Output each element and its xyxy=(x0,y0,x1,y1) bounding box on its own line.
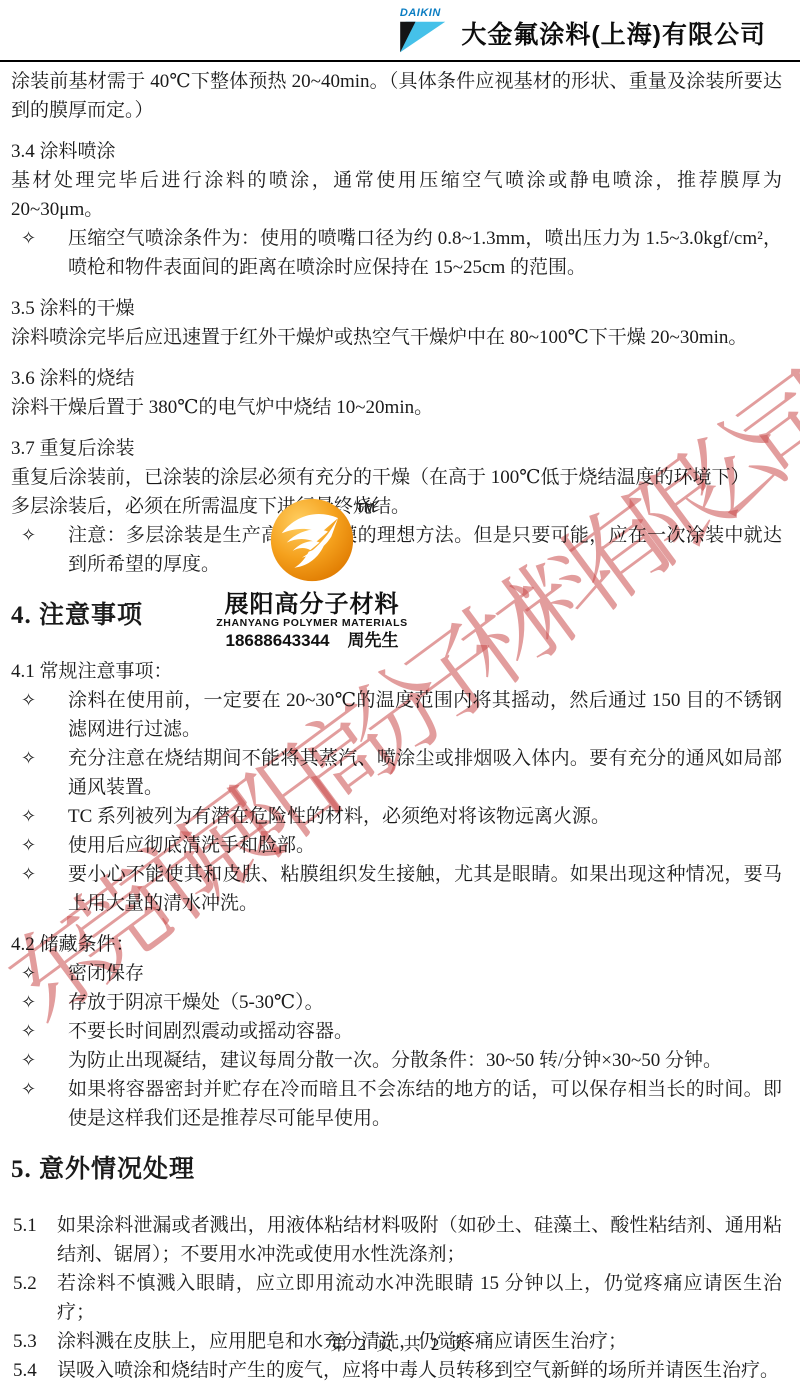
diamond-bullet-icon: ✧ xyxy=(11,860,68,918)
zhanyang-z-logo-icon xyxy=(270,498,354,582)
diamond-bullet-icon: ✧ xyxy=(11,988,68,1017)
diamond-bullet-icon: ✧ xyxy=(11,521,68,579)
numbered-item: 5.4误吸入喷涂和烧结时产生的废气，应将中毒人员转移到空气新鲜的场所并请医生治疗… xyxy=(11,1356,782,1382)
daikin-wordmark: DAIKIN xyxy=(400,7,441,19)
paragraph: 涂料喷涂完毕后应迅速置于红外干燥炉或热空气干燥炉中在 80~100℃下干燥 20… xyxy=(11,323,782,352)
section-heading: 5. 意外情况处理 xyxy=(11,1153,782,1187)
daikin-logo: DAIKIN xyxy=(391,7,449,55)
bullet-item: ✧TC 系列被列为有潜在危险性的材料，必须绝对将该物远离火源。 xyxy=(11,802,782,831)
paragraph: 涂料干燥后置于 380℃的电气炉中烧结 10~20min。 xyxy=(11,393,782,422)
page-header: DAIKIN 大金氟涂料(上海)有限公司 xyxy=(0,0,800,62)
item-text: TC 系列被列为有潜在危险性的材料，必须绝对将该物远离火源。 xyxy=(68,802,782,831)
phone-number: 18688643344 xyxy=(225,631,329,650)
numbered-item: 5.1如果涂料泄漏或者溅出，用液体粘结材料吸附（如砂土、硅藻土、酸性粘结剂、通用… xyxy=(11,1211,782,1269)
item-text: 不要长时间剧烈震动或摇动容器。 xyxy=(68,1017,782,1046)
paragraph: 基材处理完毕后进行涂料的喷涂，通常使用压缩空气喷涂或静电喷涂，推荐膜厚为 20~… xyxy=(11,166,782,224)
bullet-item: ✧存放于阴凉干燥处（5-30℃）。 xyxy=(11,988,782,1017)
subsection-heading: 3.4 涂料喷涂 xyxy=(11,137,782,166)
subsection-heading: 3.6 涂料的烧结 xyxy=(11,364,782,393)
bullet-item: ✧使用后应彻底清洗手和脸部。 xyxy=(11,831,782,860)
subsection-heading: 3.5 涂料的干燥 xyxy=(11,294,782,323)
daikin-logo-icon xyxy=(393,19,447,55)
subsection-heading: 4.2 储藏条件： xyxy=(11,930,782,959)
bullet-item: ✧如果将容器密封并贮存在冷而暗且不会冻结的地方的话，可以保存相当长的时间。即使是… xyxy=(11,1075,782,1133)
bullet-item: ✧要小心不能使其和皮肤、粘膜组织发生接触，尤其是眼睛。如果出现这种情况，要马上用… xyxy=(11,860,782,918)
item-text: 注意：多层涂装是生产高品质涂膜的理想方法。但是只要可能，应在一次涂装中就达到所希… xyxy=(68,521,782,579)
zhanyang-contact-line: 18688643344周先生 xyxy=(212,630,412,652)
diamond-bullet-icon: ✧ xyxy=(11,744,68,802)
contact-person: 周先生 xyxy=(348,631,399,650)
item-text: 如果涂料泄漏或者溅出，用液体粘结材料吸附（如砂土、硅藻土、酸性粘结剂、通用粘结剂… xyxy=(57,1211,782,1269)
diamond-bullet-icon: ✧ xyxy=(11,802,68,831)
item-text: 如果将容器密封并贮存在冷而暗且不会冻结的地方的话，可以保存相当长的时间。即使是这… xyxy=(68,1075,782,1133)
diamond-bullet-icon: ✧ xyxy=(11,224,68,282)
diamond-bullet-icon: ✧ xyxy=(11,831,68,860)
numbered-item: 5.2若涂料不慎溅入眼睛，应立即用流动水冲洗眼睛 15 分钟以上，仍觉疼痛应请医… xyxy=(11,1269,782,1327)
bullet-item: ✧不要长时间剧烈震动或摇动容器。 xyxy=(11,1017,782,1046)
document-page: { "header": { "brand_word": "DAIKIN", "c… xyxy=(0,0,800,1382)
bullet-item: ✧压缩空气喷涂条件为：使用的喷嘴口径为约 0.8~1.3mm，喷出压力为 1.5… xyxy=(11,224,782,282)
item-text: 涂料在使用前，一定要在 20~30℃的温度范围内将其摇动，然后通过 150 目的… xyxy=(68,686,782,744)
item-text: 要小心不能使其和皮肤、粘膜组织发生接触，尤其是眼睛。如果出现这种情况，要马上用大… xyxy=(68,860,782,918)
zhanyang-stamp-logo: TM 展阳高分子材料 ZHANYANG POLYMER MATERIALS 18… xyxy=(212,498,412,652)
item-text: 存放于阴凉干燥处（5-30℃）。 xyxy=(68,988,782,1017)
item-text: 充分注意在烧结期间不能将其蒸汽、喷涂尘或排烟吸入体内。要有充分的通风如局部通风装… xyxy=(68,744,782,802)
zhanyang-logo-circle: TM xyxy=(270,498,354,582)
diamond-bullet-icon: ✧ xyxy=(11,686,68,744)
item-number: 5.2 xyxy=(11,1269,57,1327)
company-title: 大金氟涂料(上海)有限公司 xyxy=(461,9,766,51)
item-number: 5.1 xyxy=(11,1211,57,1269)
diamond-bullet-icon: ✧ xyxy=(11,1046,68,1075)
subsection-heading: 3.7 重复后涂装 xyxy=(11,434,782,463)
item-text: 压缩空气喷涂条件为：使用的喷嘴口径为约 0.8~1.3mm，喷出压力为 1.5~… xyxy=(68,224,782,282)
bullet-item: ✧密闭保存 xyxy=(11,959,782,988)
paragraph: 涂装前基材需于 40℃下整体预热 20~40min。（具体条件应视基材的形状、重… xyxy=(11,67,782,125)
bullet-item: ✧为防止出现凝结，建议每周分散一次。分散条件：30~50 转/分钟×30~50 … xyxy=(11,1046,782,1075)
bullet-item: ✧涂料在使用前，一定要在 20~30℃的温度范围内将其摇动，然后通过 150 目… xyxy=(11,686,782,744)
zhanyang-brand-en: ZHANYANG POLYMER MATERIALS xyxy=(212,617,412,630)
item-text: 若涂料不慎溅入眼睛，应立即用流动水冲洗眼睛 15 分钟以上，仍觉疼痛应请医生治疗… xyxy=(57,1269,782,1327)
bullet-item: ✧充分注意在烧结期间不能将其蒸汽、喷涂尘或排烟吸入体内。要有充分的通风如局部通风… xyxy=(11,744,782,802)
item-text: 使用后应彻底清洗手和脸部。 xyxy=(68,831,782,860)
document-body: 涂装前基材需于 40℃下整体预热 20~40min。（具体条件应视基材的形状、重… xyxy=(0,62,800,1382)
item-text: 为防止出现凝结，建议每周分散一次。分散条件：30~50 转/分钟×30~50 分… xyxy=(68,1046,782,1075)
item-text: 密闭保存 xyxy=(68,959,782,988)
page-footer: 第 2 页 共 2 页 xyxy=(0,1330,800,1355)
subsection-heading: 4.1 常规注意事项： xyxy=(11,657,782,686)
diamond-bullet-icon: ✧ xyxy=(11,1075,68,1133)
trademark-symbol: TM xyxy=(356,500,375,515)
diamond-bullet-icon: ✧ xyxy=(11,959,68,988)
zhanyang-brand-cn: 展阳高分子材料 xyxy=(212,592,412,617)
item-text: 误吸入喷涂和烧结时产生的废气，应将中毒人员转移到空气新鲜的场所并请医生治疗。 xyxy=(57,1356,782,1382)
diamond-bullet-icon: ✧ xyxy=(11,1017,68,1046)
paragraph: 重复后涂装前，已涂装的涂层必须有充分的干燥（在高于 100℃低于烧结温度的环境下… xyxy=(11,463,782,492)
item-number: 5.4 xyxy=(11,1356,57,1382)
